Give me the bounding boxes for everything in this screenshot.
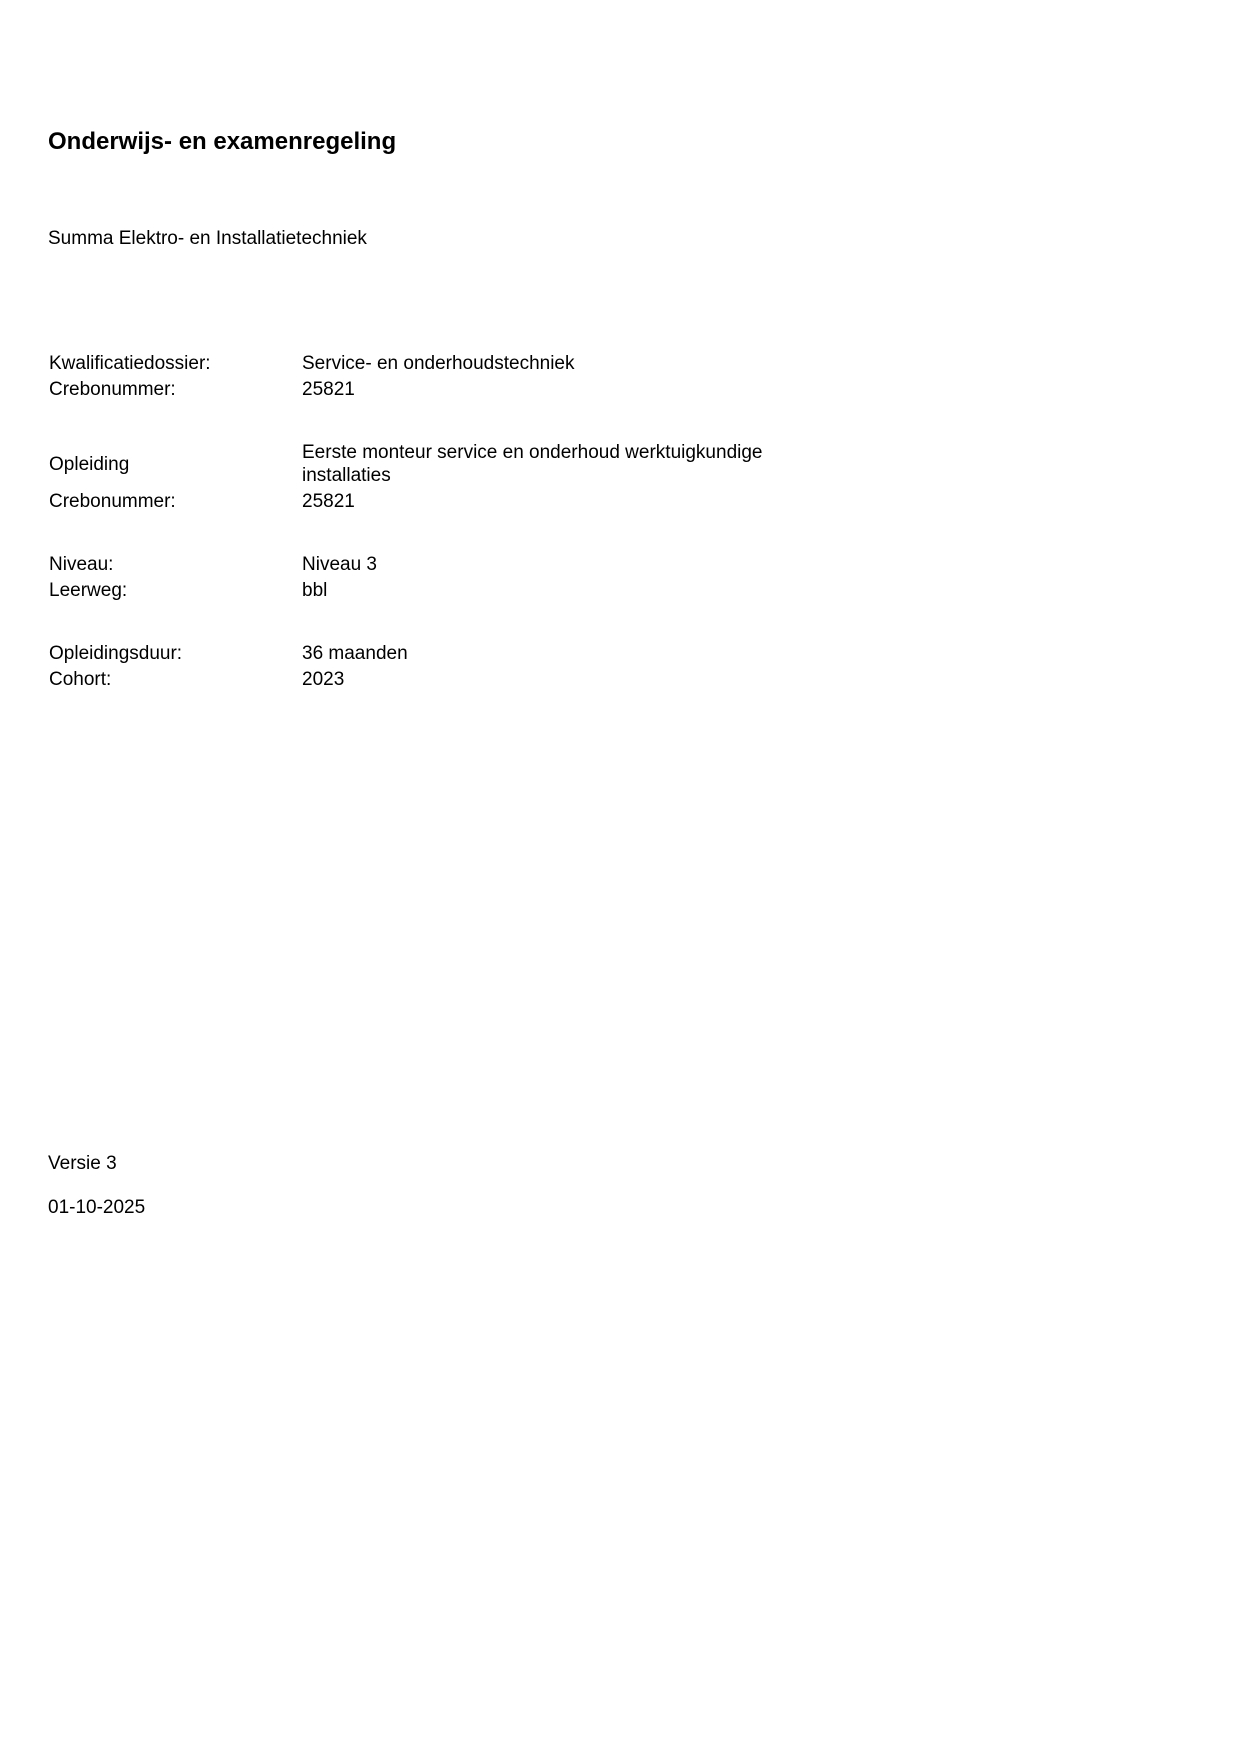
field-label: Crebonummer:	[49, 490, 302, 513]
field-opleiding: Opleiding Eerste monteur service en onde…	[49, 441, 849, 487]
field-value: Service- en onderhoudstechniek	[302, 352, 822, 375]
version-label: Versie 3	[48, 1154, 117, 1173]
field-leerweg: Leerweg: bbl	[49, 579, 849, 602]
field-label: Opleidingsduur:	[49, 642, 302, 665]
field-cohort: Cohort: 2023	[49, 668, 849, 691]
field-value: 25821	[302, 378, 822, 401]
field-label: Crebonummer:	[49, 378, 302, 401]
field-opleidingsduur: Opleidingsduur: 36 maanden	[49, 642, 849, 665]
field-crebonummer-dossier: Crebonummer: 25821	[49, 378, 849, 401]
field-niveau: Niveau: Niveau 3	[49, 553, 849, 576]
field-label: Cohort:	[49, 668, 302, 691]
field-kwalificatiedossier: Kwalificatiedossier: Service- en onderho…	[49, 352, 849, 375]
field-label: Niveau:	[49, 553, 302, 576]
institution-name: Summa Elektro- en Installatietechniek	[48, 229, 367, 248]
field-value: 36 maanden	[302, 642, 822, 665]
document-title: Onderwijs- en examenregeling	[48, 130, 396, 154]
field-label: Opleiding	[49, 453, 302, 476]
field-value: 25821	[302, 490, 822, 513]
document-date: 01-10-2025	[48, 1198, 145, 1217]
field-label: Kwalificatiedossier:	[49, 352, 302, 375]
field-crebonummer-opleiding: Crebonummer: 25821	[49, 490, 849, 513]
field-value: Niveau 3	[302, 553, 822, 576]
field-value: bbl	[302, 579, 822, 602]
field-value: Eerste monteur service en onderhoud werk…	[302, 441, 822, 487]
field-value: 2023	[302, 668, 822, 691]
field-label: Leerweg:	[49, 579, 302, 602]
